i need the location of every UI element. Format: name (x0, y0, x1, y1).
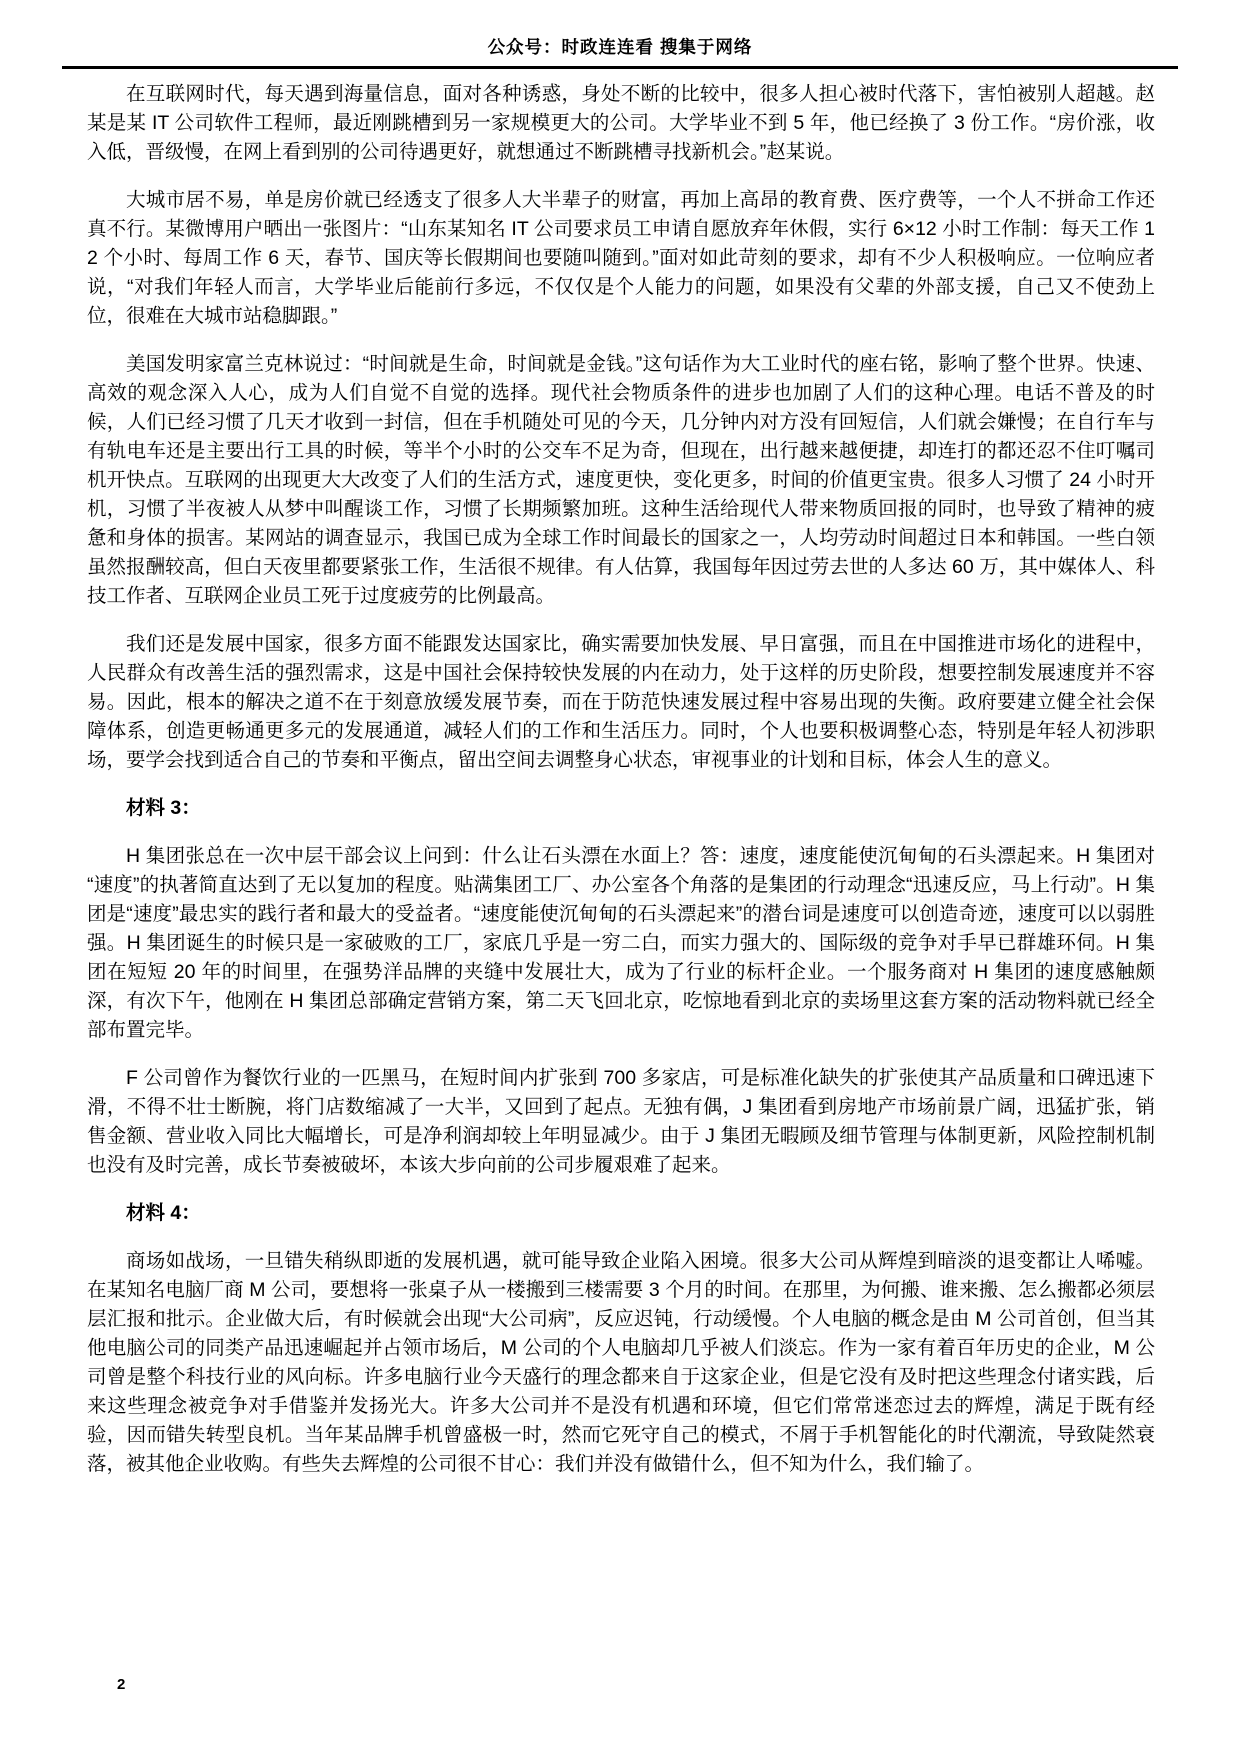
paragraph-h-group-speed: H 集团张总在一次中层干部会议上问到：什么让石头漂在水面上？答：速度，速度能使沉… (87, 842, 1155, 1045)
page-number: 2 (117, 1676, 125, 1693)
page-header: 公众号：时政连连看 搜集于网络 (62, 0, 1178, 69)
paragraph-big-city-living: 大城市居不易，单是房价就已经透支了很多人大半辈子的财富，再加上高昂的教育费、医疗… (87, 186, 1155, 331)
paragraph-developing-country: 我们还是发展中国家，很多方面不能跟发达国家比，确实需要加快发展、早日富强，而且在… (87, 630, 1155, 775)
paragraph-franklin-time: 美国发明家富兰克林说过：“时间就是生命，时间就是金钱。”这句话作为大工业时代的座… (87, 350, 1155, 611)
paragraph-f-company-expansion: F 公司曾作为餐饮行业的一匹黑马，在短时间内扩张到 700 多家店，可是标准化缺… (87, 1064, 1155, 1180)
document-body: 在互联网时代，每天遇到海量信息，面对各种诱惑，身处不断的比较中，很多人担心被时代… (0, 69, 1240, 1479)
page-header-title: 公众号：时政连连看 搜集于网络 (488, 37, 753, 57)
document-page: 公众号：时政连连看 搜集于网络 在互联网时代，每天遇到海量信息，面对各种诱惑，身… (0, 0, 1240, 1754)
material-4-heading: 材料 4： (87, 1199, 1155, 1228)
paragraph-m-company-decline: 商场如战场，一旦错失稍纵即逝的发展机遇，就可能导致企业陷入困境。很多大公司从辉煌… (87, 1247, 1155, 1479)
paragraph-internet-era: 在互联网时代，每天遇到海量信息，面对各种诱惑，身处不断的比较中，很多人担心被时代… (87, 80, 1155, 167)
material-3-heading: 材料 3： (87, 794, 1155, 823)
